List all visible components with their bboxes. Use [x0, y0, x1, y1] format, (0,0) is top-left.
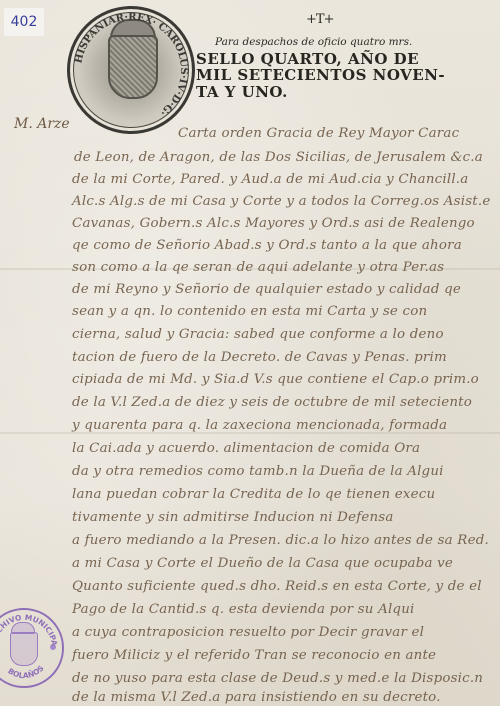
body-line: Cavanas, Gobern.s Alc.s Mayores y Ord.s … — [72, 216, 475, 231]
body-line: de no yuso para esta clase de Deud.s y m… — [72, 671, 483, 686]
body-line: cipiada de mi Md. y Sia.d V.s que contie… — [72, 372, 479, 387]
header-cross-mark: +T+ — [306, 12, 333, 27]
svg-text:ARCHIVO MUNICIPAL: ARCHIVO MUNICIPAL — [0, 608, 59, 647]
body-line: qe como de Señorio Abad.s y Ord.s tanto … — [72, 238, 462, 253]
header-fee-line: Para despachos de oficio quatro mrs. — [215, 36, 412, 48]
body-line: de mi Reyno y Señorio de qualquier estad… — [72, 282, 461, 297]
margin-note: M. Arze — [14, 116, 70, 132]
municipal-archive-stamp: ARCHIVO MUNICIPAL BOLAÑOS — [0, 608, 64, 688]
body-line: tacion de fuero de la Decreto. de Cavas … — [72, 350, 447, 365]
archive-stamp-legend: ARCHIVO MUNICIPAL BOLAÑOS — [0, 608, 64, 688]
body-line: a cuya contraposicion resuelto por Decir… — [72, 625, 424, 640]
body-line: cierna, salud y Gracia: sabed que confor… — [72, 327, 444, 342]
body-line: fuero Miliciz y el referido Tran se reco… — [72, 648, 436, 663]
body-line: de la mi Corte, Pared. y Aud.a de mi Aud… — [72, 172, 468, 187]
body-line: son como a la qe seran de aqui adelante … — [72, 260, 444, 275]
seal-legend: HISPANIAR·REX· CAROLUS·IV·D·G· — [70, 9, 192, 131]
stamp-line-2: MIL SETECIENTOS NOVEN- — [196, 66, 445, 84]
body-line: Quanto suficiente qued.s dho. Reid.s en … — [72, 579, 482, 594]
body-line: la Cai.ada y acuerdo. alimentacion de co… — [72, 441, 420, 456]
body-line: de la misma V.l Zed.a para insistiendo e… — [72, 690, 441, 705]
stamp-line-3: TA Y UNO. — [196, 83, 288, 101]
svg-text:HISPANIAR·REX· CAROLUS·IV·D·: HISPANIAR·REX· CAROLUS·IV·D·G· — [73, 12, 189, 118]
body-line: Carta orden Gracia de Rey Mayor Carac — [178, 126, 459, 141]
body-line: da y otra remedios como tamb.n la Dueña … — [72, 464, 444, 479]
body-line: sean y a qn. lo contenido en esta mi Car… — [72, 304, 427, 319]
body-line: tivamente y sin admitirse Inducion ni De… — [72, 510, 394, 525]
manuscript-page: 402 HISPANIAR·REX· CAROLUS·IV·D·G· +T+ P… — [0, 0, 500, 706]
royal-seal-stamp: HISPANIAR·REX· CAROLUS·IV·D·G· — [67, 6, 195, 134]
catalog-number-label: 402 — [4, 8, 44, 36]
body-line: y quarenta para q. la zaxeciona menciona… — [72, 418, 447, 433]
svg-text:BOLAÑOS: BOLAÑOS — [6, 664, 45, 681]
body-line: de la V.l Zed.a de diez y seis de octubr… — [72, 395, 472, 410]
body-line: lana puedan cobrar la Credita de lo qe t… — [72, 487, 435, 502]
body-line: a fuero mediando a la Presen. dic.a lo h… — [72, 533, 489, 548]
body-line: de Leon, de Aragon, de las Dos Sicilias,… — [74, 150, 483, 165]
body-line: Pago de la Cantid.s q. esta devienda por… — [72, 602, 415, 617]
body-line: a mi Casa y Corte el Dueño de la Casa qu… — [72, 556, 453, 571]
body-line: Alc.s Alg.s de mi Casa y Corte y a todos… — [72, 194, 490, 209]
